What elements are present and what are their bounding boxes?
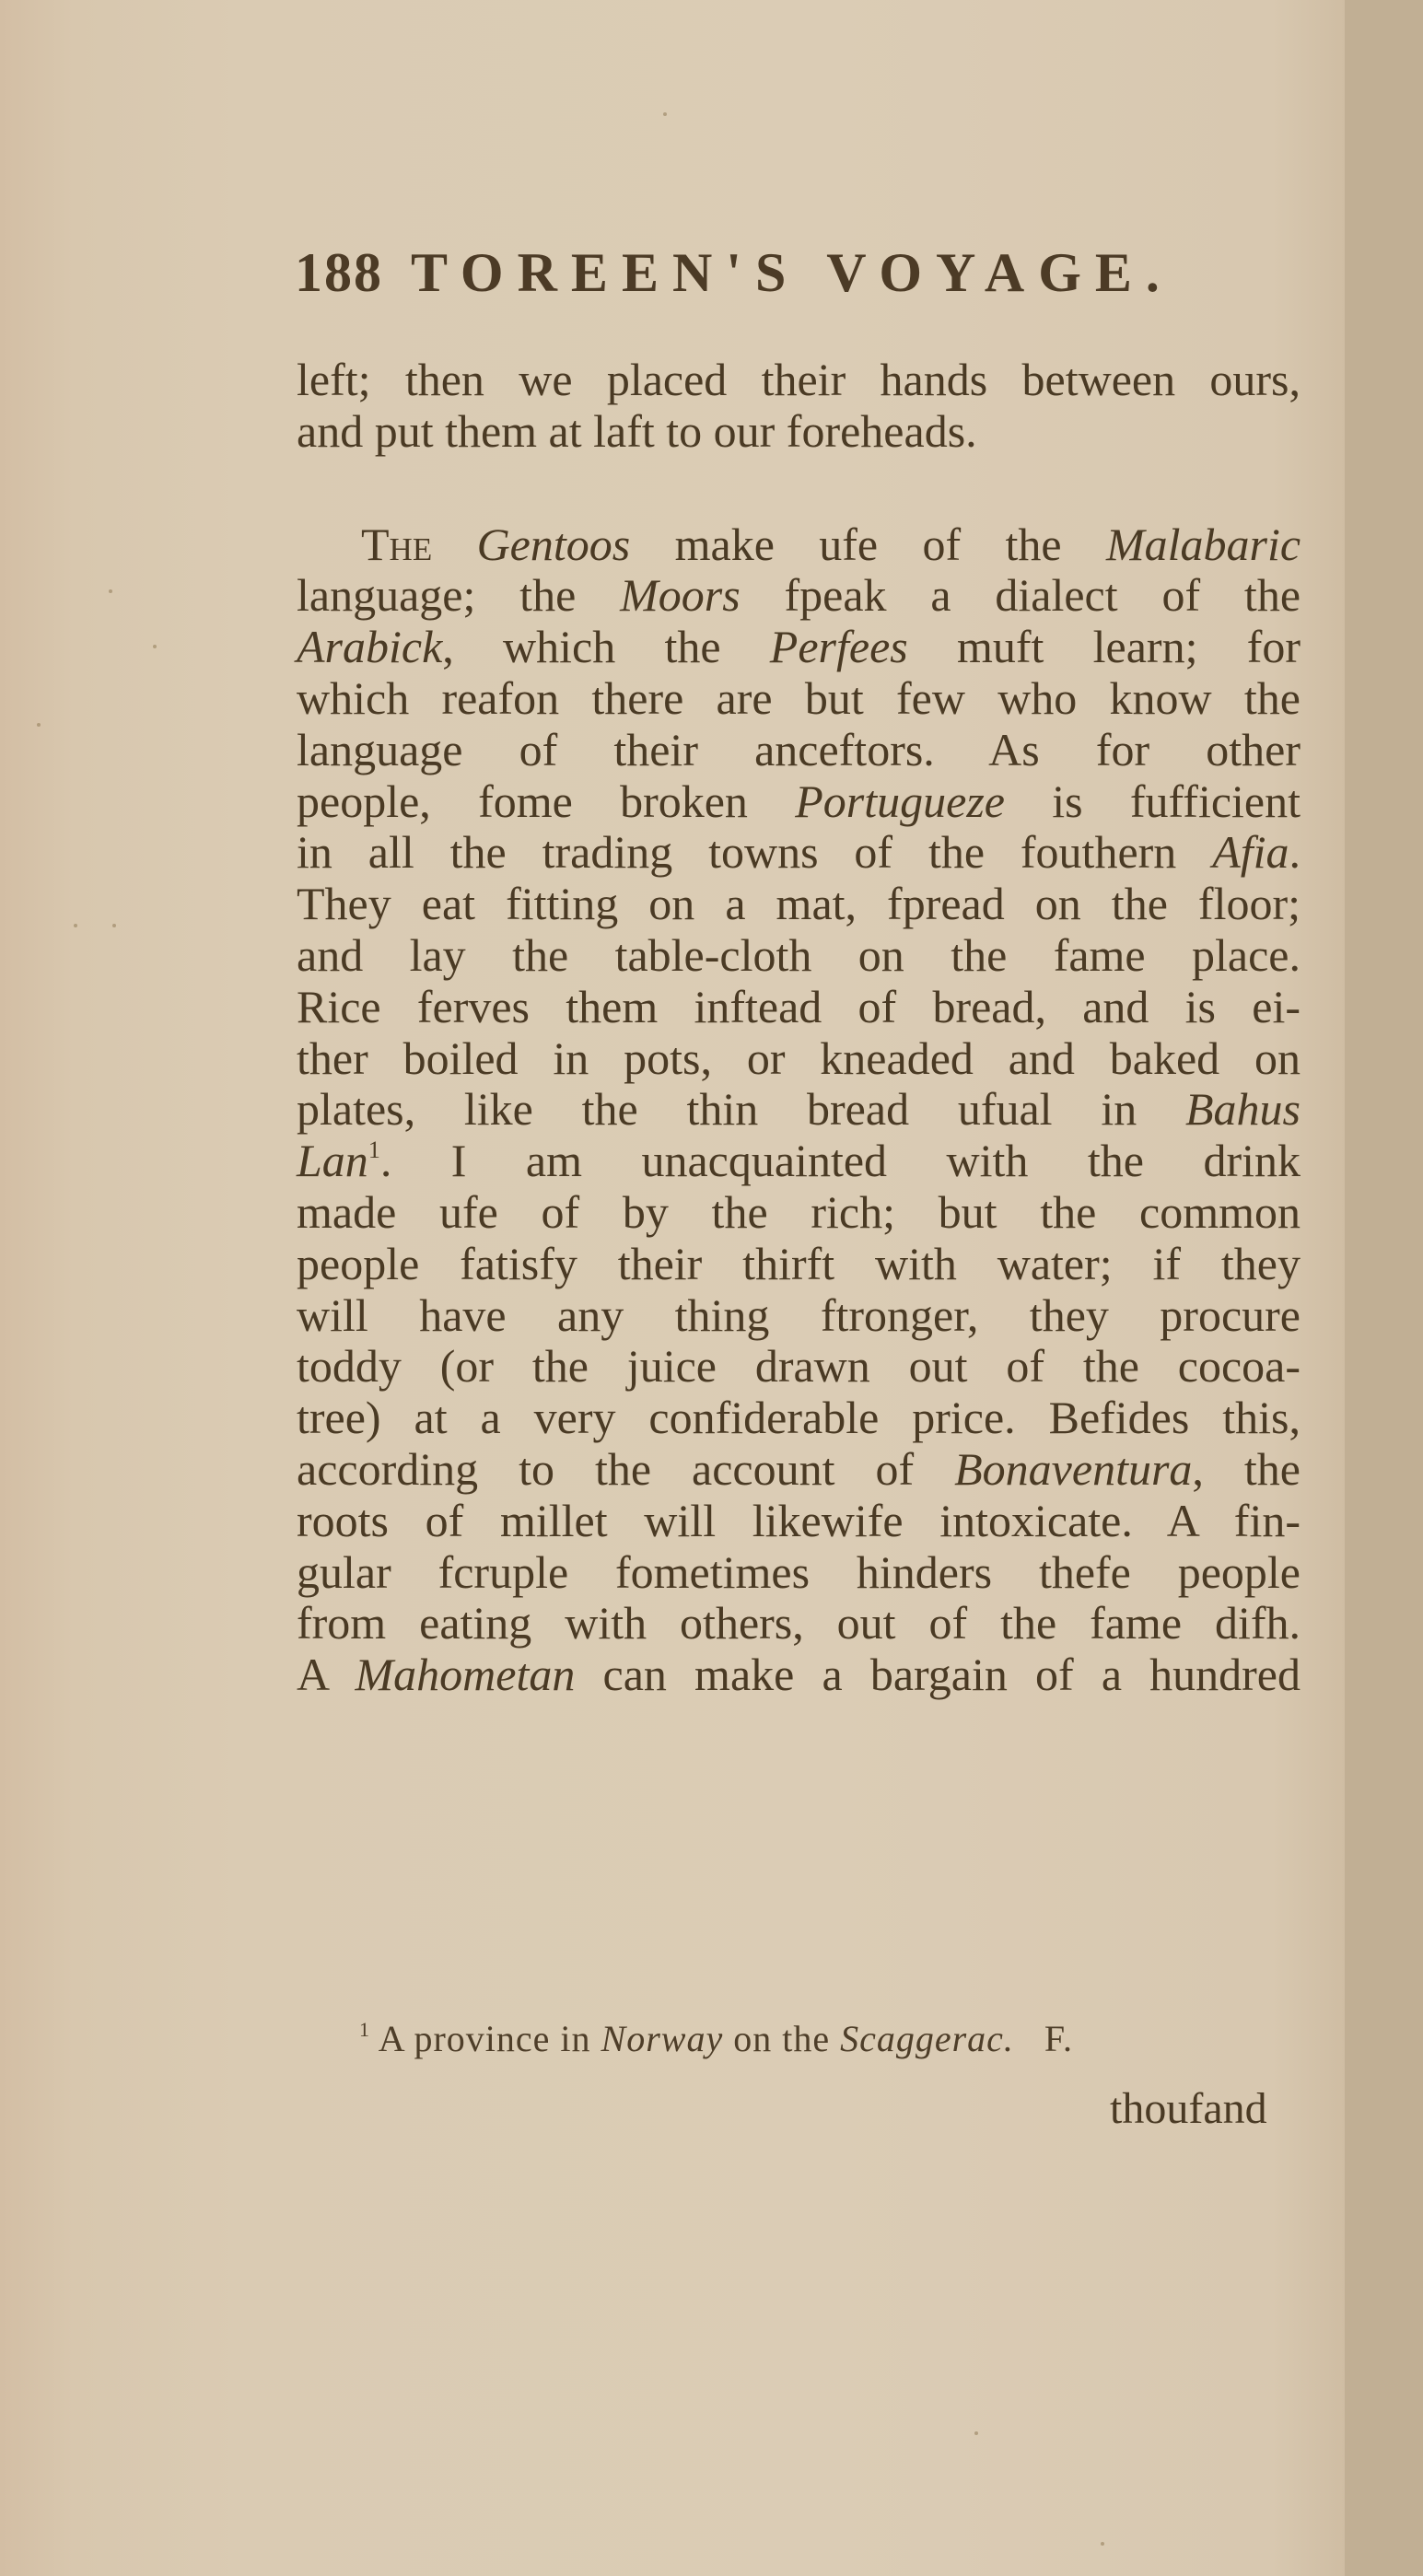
text-line: in all the trading towns of the fouthern… — [297, 827, 1301, 879]
page-number: 188 — [295, 242, 383, 303]
paper-speck — [1101, 2542, 1104, 2546]
paper-speck — [974, 2431, 978, 2435]
paper-speck — [112, 924, 116, 927]
text-line: gular fcruple fometimes hinders thefe pe… — [297, 1547, 1301, 1599]
paragraph-opening-line: The Gentoos make ufe of the Malabaric — [297, 519, 1301, 571]
paper-speck — [74, 924, 77, 927]
text-line: made ufe of by the rich; but the common — [297, 1187, 1301, 1239]
text-line: will have any thing ftronger, they procu… — [297, 1290, 1301, 1342]
footnote-marker: 1 — [359, 2018, 370, 2041]
paper-speck — [153, 645, 157, 648]
running-title: TOREEN'S VOYAGE. — [411, 242, 1173, 303]
text-line: people, fome broken Portugueze is fuffic… — [297, 776, 1301, 828]
text-line: toddy (or the juice drawn out of the coc… — [297, 1341, 1301, 1393]
body-text: left; then we placed their hands between… — [297, 355, 1301, 1701]
text-line: They eat fitting on a mat, fpread on the… — [297, 879, 1301, 930]
page-gutter — [1345, 0, 1423, 2576]
catchword: thoufand — [1110, 2083, 1267, 2134]
footnote: 1 A province in Norway on the Scaggerac.… — [359, 2017, 1308, 2060]
text-line: Rice ferves them inftead of bread, and i… — [297, 982, 1301, 1033]
footnote-signature: F. — [1044, 2018, 1073, 2059]
text-line: which reafon there are but few who know … — [297, 673, 1301, 725]
text-line: and lay the table-cloth on the fame plac… — [297, 930, 1301, 982]
text-line: language of their anceftors. As for othe… — [297, 725, 1301, 776]
text-line: ther boiled in pots, or kneaded and bake… — [297, 1033, 1301, 1085]
text-line: roots of millet will likewife intoxicate… — [297, 1496, 1301, 1547]
paper-speck — [37, 723, 41, 727]
text-line: Lan1. I am unacquainted with the drink — [297, 1136, 1301, 1187]
text-line: left; then we placed their hands between… — [297, 355, 1301, 406]
text-line: Arabick, which the Perfees muft learn; f… — [297, 622, 1301, 673]
text-line: language; the Moors fpeak a dialect of t… — [297, 570, 1301, 622]
paper-speck — [109, 589, 112, 593]
text-line: from eating with others, out of the fame… — [297, 1598, 1301, 1649]
paper-speck — [663, 112, 667, 116]
text-line: and put them at laft to our foreheads. — [297, 406, 1301, 458]
text-line: people fatisfy their thirft with water; … — [297, 1239, 1301, 1290]
text-line: plates, like the thin bread ufual in Bah… — [297, 1084, 1301, 1136]
text-line: A Mahometan can make a bargain of a hund… — [297, 1649, 1301, 1701]
text-line: according to the account of Bonaventura,… — [297, 1444, 1301, 1496]
running-head: 188TOREEN'S VOYAGE. — [295, 241, 1326, 305]
text-line: tree) at a very confiderable price. Befi… — [297, 1393, 1301, 1444]
footnote-reference: 1 — [368, 1136, 380, 1163]
